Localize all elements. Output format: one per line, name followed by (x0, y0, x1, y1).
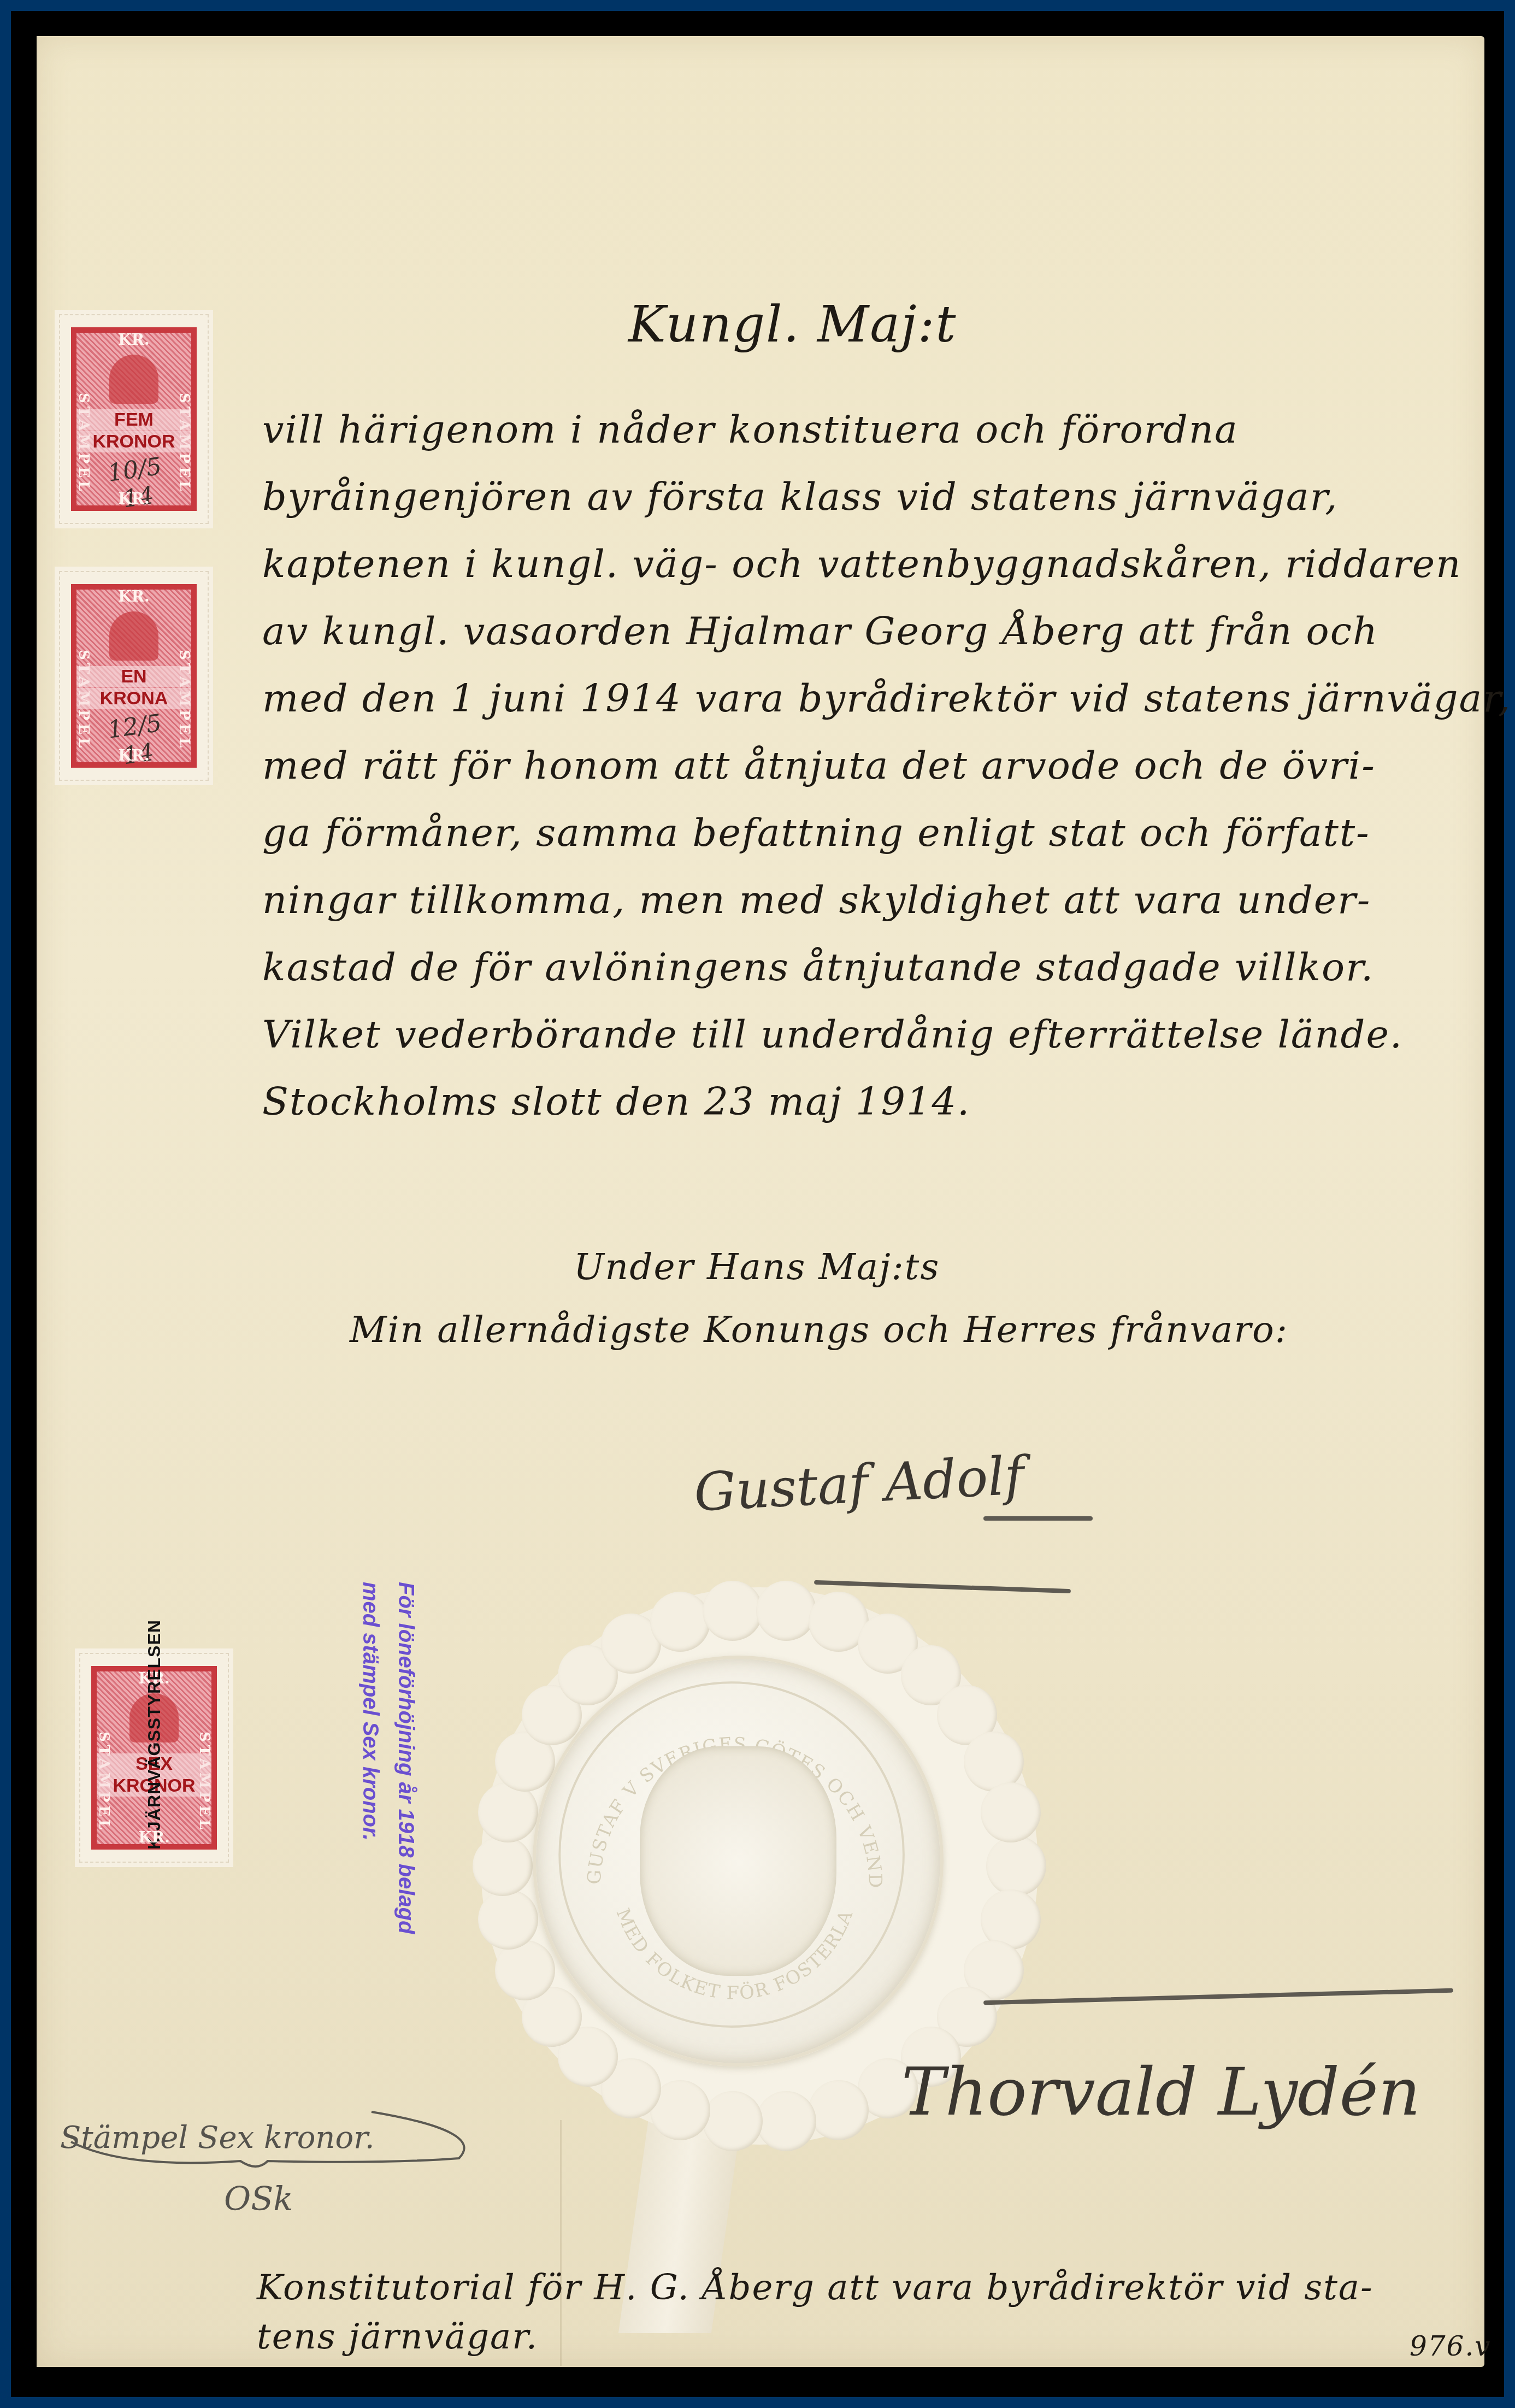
revenue-stamp-5-kronor: KR. STAMPEL STAMPEL FEM KRONOR 10/5 14 K… (59, 314, 209, 524)
seal-scallop (650, 1592, 710, 1652)
seal-scallop (986, 1836, 1046, 1896)
body-line: Stockholms slott den 23 maj 1914. (262, 1079, 970, 1124)
signature-flourish (983, 1516, 1093, 1521)
coat-of-arms-icon (109, 355, 158, 404)
pencil-initials: OSk (224, 2180, 293, 2218)
revenue-stamp-1-krona: KR. STAMPEL STAMPEL EN KRONA 12/5 14 KR. (59, 571, 209, 781)
stamp-value-word-2: KRONA (76, 688, 191, 709)
seal-scallop (756, 2091, 816, 2151)
royal-coat-of-arms-icon (640, 1746, 836, 1976)
body-line: byråingenjören av första klass vid state… (262, 474, 1339, 519)
coat-of-arms-icon (109, 611, 158, 661)
body-line: av kungl. vasaorden Hjalmar Georg Åberg … (262, 609, 1378, 653)
body-line: med den 1 juni 1914 vara byrådirektör vi… (262, 676, 1511, 721)
seal-scallop (478, 1889, 538, 1950)
stamp-overprint: K.JÄRNVÄGSSTYRELSEN (144, 1693, 164, 1850)
seal-scallop (478, 1782, 538, 1842)
seal-scallop (703, 1581, 763, 1641)
embossed-seal: GUSTAF V SVERIGES GÖTES OCH VENDES KONUN… (533, 1656, 944, 2066)
stamp-value-word-2: KRONOR (76, 431, 191, 452)
document-heading: Kungl. Maj:t (628, 295, 957, 354)
closing-line-1: Under Hans Maj:ts (574, 1246, 940, 1288)
seal-scallop (703, 2091, 763, 2151)
stamp-value-word-1: EN (76, 666, 191, 687)
body-line: ga förmåner, samma befattning enligt sta… (262, 810, 1370, 855)
seal-scallop (756, 1581, 816, 1641)
body-line: Vilket vederbörande till underdånig efte… (262, 1012, 1403, 1057)
pencil-brace (60, 2109, 475, 2175)
body-line: med rätt för honom att åtnjuta det arvod… (262, 743, 1376, 788)
stamp-unit-bottom: KR. (97, 1828, 211, 1846)
stamp-unit-top: KR. (76, 331, 191, 349)
stamp-value-word-1: FEM (76, 409, 191, 431)
footer-line-1: Konstitutorial för H. G. Åberg att vara … (257, 2268, 1373, 2308)
seal-scallop (981, 1782, 1041, 1842)
footer-line-2: tens järnvägar. (257, 2317, 538, 2357)
revenue-stamp-6-kronor: KR. STAMPEL STAMPEL SEX KRONOR K.JÄRNVÄG… (79, 1653, 229, 1863)
purple-annotation-line-1: För löneförhöjning år 1918 belagd (393, 1582, 418, 1934)
closing-line-2: Min allernådigste Konungs och Herres frå… (350, 1309, 1288, 1351)
body-line: ningar tillkomma, men med skyldighet att… (262, 878, 1371, 922)
body-line: kastad de för avlöningens åtnjutande sta… (262, 945, 1374, 990)
body-line: vill härigenom i nåder konstituera och f… (262, 407, 1239, 452)
purple-annotation-line-2: med stämpel Sex kronor. (358, 1582, 382, 1841)
paper-fold (560, 2120, 562, 2366)
body-line: kaptenen i kungl. väg- och vattenbyggnad… (262, 541, 1461, 586)
stamp-unit-top: KR. (76, 587, 191, 605)
archive-number: 976.v (1410, 2330, 1492, 2362)
seal-scallop (473, 1836, 533, 1896)
stamp-unit-bottom: KR. (76, 490, 191, 508)
seal-scallop (809, 2080, 869, 2140)
stamp-unit-bottom: KR. (76, 746, 191, 764)
signature-countersign: Thorvald Lydén (901, 2054, 1420, 2130)
